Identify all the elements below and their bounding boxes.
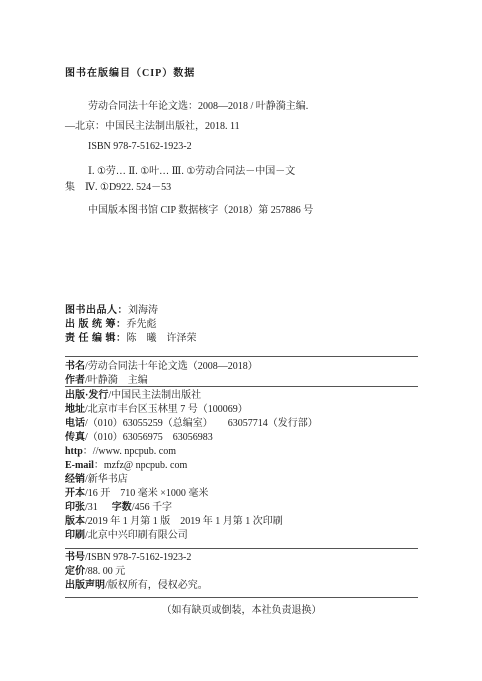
sheets-wordcount-row: 印张/31字数/456 千字	[65, 501, 418, 515]
isbn-value: ISBN 978-7-5162-1923-2	[88, 552, 192, 563]
website-value: //www. npcpub. com	[93, 446, 176, 457]
edition-value: 2019 年 1 月第 1 版 2019 年 1 月第 1 次印刷	[88, 516, 283, 527]
edition-row: 版本/2019 年 1 月第 1 版 2019 年 1 月第 1 次印刷	[65, 515, 418, 529]
printer-label: 印刷	[65, 530, 85, 541]
website-sep: ：	[83, 446, 93, 457]
format-label: 开本	[65, 488, 85, 499]
cip-class-line-1: Ⅰ. ①劳… Ⅱ. ①叶… Ⅲ. ①劳动合同法－中国－文	[65, 164, 418, 180]
edition-label: 版本	[65, 516, 85, 527]
divider	[65, 356, 418, 357]
address-value: 北京市丰台区玉林里 7 号（100069）	[88, 404, 248, 415]
isbn-label: 书号	[65, 552, 85, 563]
planner-value: 乔先彪	[127, 319, 157, 330]
title-author-block: 书名/劳动合同法十年论文选（2008—2018） 作者/叶静漪 主编	[65, 360, 418, 388]
printer-value: 北京中兴印刷有限公司	[88, 530, 188, 541]
cip-class-line-2: 集 Ⅳ. ①D922. 524－53	[65, 180, 418, 196]
exchange-note-text: （如有缺页或倒装，本社负责退换）	[65, 601, 418, 616]
website-label: http	[65, 446, 83, 457]
email-value: mzfz@ npcpub. com	[104, 460, 187, 471]
cip-header: 图书在版编目（CIP）数据	[65, 64, 418, 84]
email-row: E-mail：mzfz@ npcpub. com	[65, 459, 418, 473]
author-label: 作者	[65, 375, 85, 386]
cip-title-line: 劳动合同法十年论文选：2008—2018 / 叶静漪主编.	[65, 97, 418, 117]
sheets-value: 31	[88, 502, 98, 513]
address-label: 地址	[65, 404, 85, 415]
producer-label: 图书出品人：	[65, 305, 128, 316]
price-value: 88. 00 元	[88, 566, 126, 577]
fax-label: 传真	[65, 432, 85, 443]
fax-row: 传真/（010）63056975 63056983	[65, 431, 418, 445]
email-sep: ：	[94, 460, 104, 471]
statement-label: 出版声明	[65, 580, 105, 591]
exchange-note: （如有缺页或倒装，本社负责退换）	[65, 601, 418, 616]
printer-row: 印刷/北京中兴印刷有限公司	[65, 529, 418, 543]
phone-row: 电话/（010）63055259（总编室） 63057714（发行部）	[65, 417, 418, 431]
publishing-info-block: 出版·发行/中国民主法制出版社 地址/北京市丰台区玉林里 7 号（100069）…	[65, 389, 418, 543]
statement-row: 出版声明/版权所有，侵权必究。	[65, 579, 418, 593]
cip-publisher-line: —北京：中国民主法制出版社，2018. 11	[65, 117, 418, 137]
price-label: 定价	[65, 566, 85, 577]
copyright-page: 图书在版编目（CIP）数据 劳动合同法十年论文选：2008—2018 / 叶静漪…	[0, 0, 482, 681]
staff-credits-block: 图书出品人：刘海涛 出 版 统 筹：乔先彪 责 任 编 辑：陈 曦 许泽荣	[65, 304, 418, 346]
isbn-price-block: 书号/ISBN 978-7-5162-1923-2 定价/88. 00 元 出版…	[65, 551, 418, 593]
editor-label: 责 任 编 辑：	[65, 333, 127, 344]
phone-label: 电话	[65, 418, 85, 429]
format-row: 开本/16 开 710 毫米 ×1000 毫米	[65, 487, 418, 501]
producer-value: 刘海涛	[128, 305, 158, 316]
book-title-row: 书名/劳动合同法十年论文选（2008—2018）	[65, 360, 418, 374]
cip-data-block: 图书在版编目（CIP）数据 劳动合同法十年论文选：2008—2018 / 叶静漪…	[65, 64, 418, 219]
wordcount-value: 456 千字	[135, 502, 173, 513]
book-title-value: 劳动合同法十年论文选（2008—2018）	[88, 361, 258, 372]
editor-row: 责 任 编 辑：陈 曦 许泽荣	[65, 332, 418, 346]
author-value: 叶静漪 主编	[88, 375, 148, 386]
planner-row: 出 版 统 筹：乔先彪	[65, 318, 418, 332]
book-title-label: 书名	[65, 361, 85, 372]
format-value: 16 开 710 毫米 ×1000 毫米	[88, 488, 209, 499]
publisher-value: 中国民主法制出版社	[111, 390, 201, 401]
cip-isbn-line: ISBN 978-7-5162-1923-2	[65, 137, 418, 157]
cip-registry-line: 中国版本图书馆 CIP 数据核字（2018）第 257886 号	[65, 203, 418, 219]
divider	[65, 597, 418, 598]
wordcount-label: 字数	[98, 502, 132, 513]
price-row: 定价/88. 00 元	[65, 565, 418, 579]
phone-value: （010）63055259（总编室） 63057714（发行部）	[88, 418, 318, 429]
producer-row: 图书出品人：刘海涛	[65, 304, 418, 318]
isbn-row: 书号/ISBN 978-7-5162-1923-2	[65, 551, 418, 565]
distributor-label: 经销	[65, 474, 85, 485]
address-row: 地址/北京市丰台区玉林里 7 号（100069）	[65, 403, 418, 417]
publisher-label: 出版·发行	[65, 390, 108, 401]
website-row: http：//www. npcpub. com	[65, 445, 418, 459]
email-label: E-mail	[65, 460, 94, 471]
statement-value: 版权所有，侵权必究。	[108, 580, 208, 591]
divider	[65, 386, 418, 387]
publisher-row: 出版·发行/中国民主法制出版社	[65, 389, 418, 403]
distributor-value: 新华书店	[88, 474, 128, 485]
distributor-row: 经销/新华书店	[65, 473, 418, 487]
editor-value: 陈 曦 许泽荣	[127, 333, 197, 344]
fax-value: （010）63056975 63056983	[88, 432, 213, 443]
divider	[65, 548, 418, 549]
planner-label: 出 版 统 筹：	[65, 319, 127, 330]
sheets-label: 印张	[65, 502, 85, 513]
